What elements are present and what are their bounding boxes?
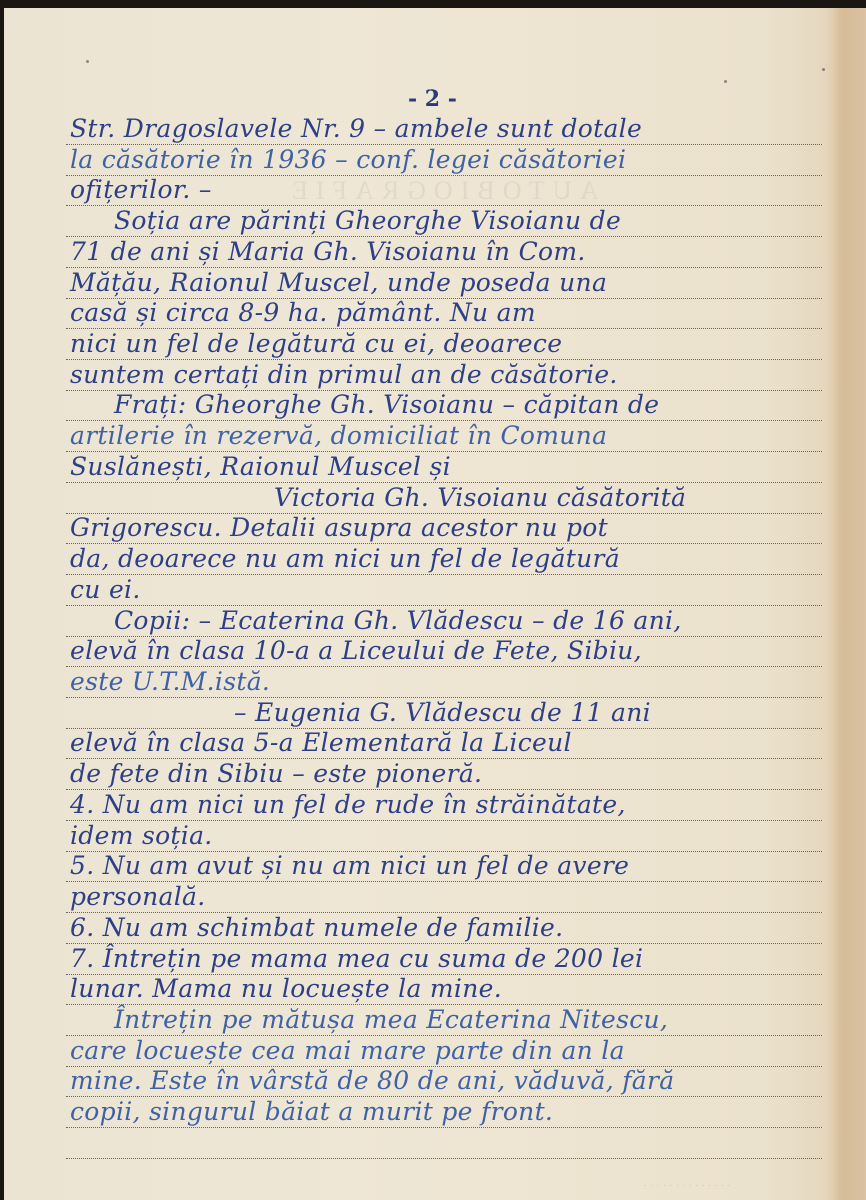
handwritten-line: Copii: – Ecaterina Gh. Vlădescu – de 16 …	[114, 606, 866, 636]
handwritten-line: suntem certați din primul an de căsători…	[70, 360, 830, 390]
ruled-line	[66, 1127, 822, 1128]
handwritten-line: casă și circa 8-9 ha. pământ. Nu am	[70, 298, 830, 328]
handwritten-line: artilerie în rezervă, domiciliat în Comu…	[70, 421, 830, 451]
ruled-line	[66, 1158, 822, 1159]
handwritten-line: idem soția.	[70, 821, 830, 851]
paper-speck	[724, 80, 727, 83]
page-number: - 2 -	[408, 86, 457, 112]
handwritten-line: mine. Este în vârstă de 80 de ani, văduv…	[70, 1066, 830, 1096]
handwritten-line: 71 de ani și Maria Gh. Visoianu în Com.	[70, 237, 830, 267]
handwritten-line: 5. Nu am avut și nu am nici un fel de av…	[70, 851, 830, 881]
paper-speck	[86, 60, 89, 63]
handwritten-line: lunar. Mama nu locuește la mine.	[70, 974, 830, 1004]
handwritten-line: de fete din Sibiu – este pioneră.	[70, 759, 830, 789]
handwritten-line: Soția are părinți Gheorghe Visoianu de	[114, 206, 866, 236]
document-page: AUTOBIOGRAFIE - 2 - Str. Dragoslavele Nr…	[4, 8, 866, 1200]
handwritten-line: Mățău, Raionul Muscel, unde poseda una	[70, 268, 830, 298]
handwritten-line: este U.T.M.istă.	[70, 667, 830, 697]
handwritten-line: Frați: Gheorghe Gh. Visoianu – căpitan d…	[114, 390, 866, 420]
handwritten-line: Întrețin pe mătușa mea Ecaterina Nitescu…	[114, 1005, 866, 1035]
handwritten-line: da, deoarece nu am nici un fel de legătu…	[70, 544, 830, 574]
handwritten-line: Str. Dragoslavele Nr. 9 – ambele sunt do…	[70, 114, 830, 144]
handwritten-line: – Eugenia G. Vlădescu de 11 ani	[234, 698, 866, 728]
handwritten-line: Victoria Gh. Visoianu căsătorită	[274, 483, 866, 513]
printer-mark: · · · · · · · · · · · · · ·	[644, 1182, 731, 1190]
handwritten-line: elevă în clasa 10-a a Liceului de Fete, …	[70, 636, 830, 666]
handwritten-line: cu ei.	[70, 575, 830, 605]
handwritten-line: Suslănești, Raionul Muscel și	[70, 452, 830, 482]
handwritten-line: copii, singurul băiat a murit pe front.	[70, 1097, 830, 1127]
handwritten-line: nici un fel de legătură cu ei, deoarece	[70, 329, 830, 359]
handwritten-line: care locuește cea mai mare parte din an …	[70, 1036, 830, 1066]
handwritten-line: elevă în clasa 5-a Elementară la Liceul	[70, 728, 830, 758]
handwritten-line: la căsătorie în 1936 – conf. legei căsăt…	[70, 145, 830, 175]
handwritten-line: Grigorescu. Detalii asupra acestor nu po…	[70, 513, 830, 543]
paper-speck	[822, 68, 825, 71]
handwritten-line: 4. Nu am nici un fel de rude în străinăt…	[70, 790, 830, 820]
handwritten-line: 6. Nu am schimbat numele de familie.	[70, 913, 830, 943]
handwritten-line: 7. Întrețin pe mama mea cu suma de 200 l…	[70, 944, 830, 974]
handwritten-line: personală.	[70, 882, 830, 912]
handwritten-line: ofițerilor. –	[70, 175, 830, 205]
